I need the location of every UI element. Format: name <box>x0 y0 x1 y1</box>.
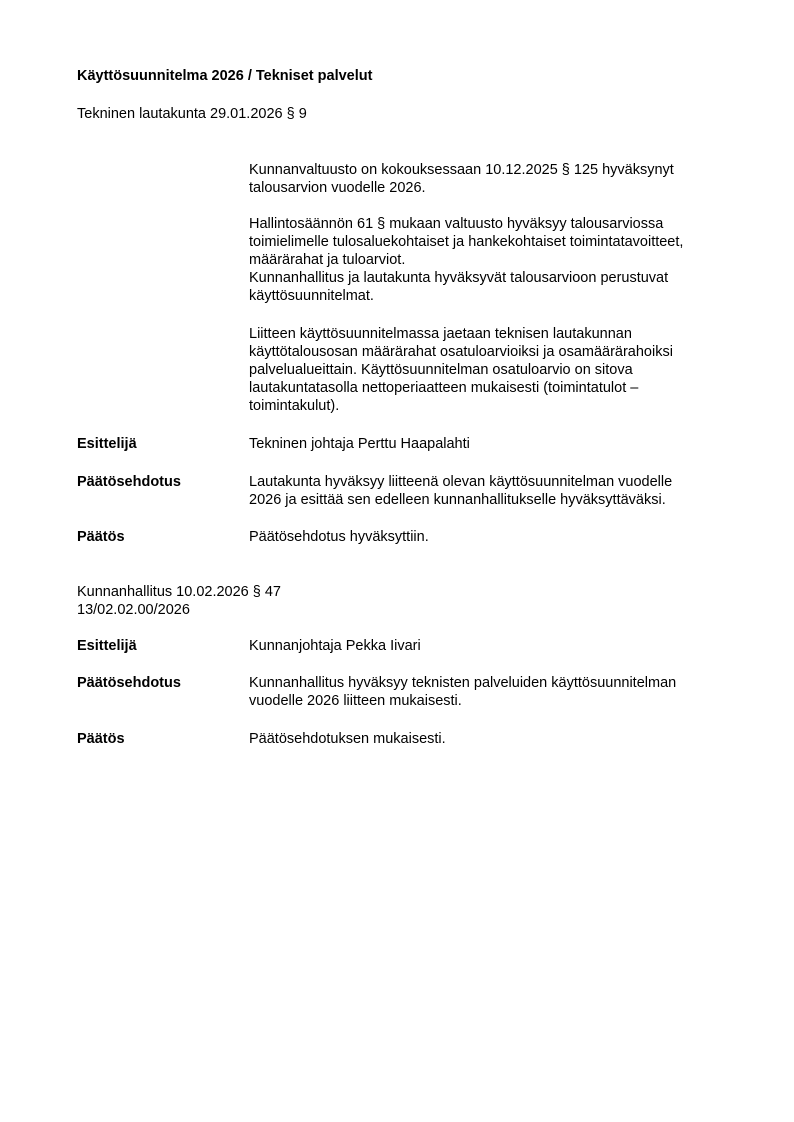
text-line: vuodelle 2026 liitteen mukaisesti. <box>249 692 719 710</box>
text-line: Kunnanhallitus ja lautakunta hyväksyvät … <box>249 269 719 287</box>
section1-paragraph3: Liitteen käyttösuunnitelmassa jaetaan te… <box>249 325 719 415</box>
section2-decision-label: Päätös <box>77 730 125 748</box>
section1-proposal-label: Päätösehdotus <box>77 473 181 491</box>
text-line: määrärahat ja tuloarviot. <box>249 251 719 269</box>
section2-reference: 13/02.02.00/2026 <box>77 601 190 619</box>
text-line: talousarvion vuodelle 2026. <box>249 179 719 197</box>
text-line: palvelualueittain. Käyttösuunnitelman os… <box>249 361 719 379</box>
text-line: 2026 ja esittää sen edelleen kunnanhalli… <box>249 491 719 509</box>
section1-decision-value: Päätösehdotus hyväksyttiin. <box>249 528 719 546</box>
section1-paragraph1: Kunnanvaltuusto on kokouksessaan 10.12.2… <box>249 161 719 197</box>
section1-paragraph2: Hallintosäännön 61 § mukaan valtuusto hy… <box>249 215 719 305</box>
text-line: Lautakunta hyväksyy liitteenä olevan käy… <box>249 473 719 491</box>
text-line: käyttötalousosan määrärahat osatuloarvio… <box>249 343 719 361</box>
text-line: Liitteen käyttösuunnitelmassa jaetaan te… <box>249 325 719 343</box>
section1-heading: Tekninen lautakunta 29.01.2026 § 9 <box>77 105 307 123</box>
text-line: lautakuntatasolla nettoperiaatteen mukai… <box>249 379 719 397</box>
section2-presenter-label: Esittelijä <box>77 637 137 655</box>
text-line: Kunnanvaltuusto on kokouksessaan 10.12.2… <box>249 161 719 179</box>
document-title: Käyttösuunnitelma 2026 / Tekniset palvel… <box>77 68 372 84</box>
text-line: käyttösuunnitelmat. <box>249 287 719 305</box>
section2-proposal-label: Päätösehdotus <box>77 674 181 692</box>
text-line: toimintakulut). <box>249 397 719 415</box>
section2-proposal-value: Kunnanhallitus hyväksyy teknisten palvel… <box>249 674 719 710</box>
section1-decision-label: Päätös <box>77 528 125 546</box>
section2-decision-value: Päätösehdotuksen mukaisesti. <box>249 730 719 748</box>
section2-presenter-value: Kunnanjohtaja Pekka Iivari <box>249 637 719 655</box>
text-line: Hallintosäännön 61 § mukaan valtuusto hy… <box>249 215 719 233</box>
section1-proposal-value: Lautakunta hyväksyy liitteenä olevan käy… <box>249 473 719 509</box>
section2-heading: Kunnanhallitus 10.02.2026 § 47 <box>77 583 281 601</box>
section1-presenter-label: Esittelijä <box>77 435 137 453</box>
text-line: Kunnanhallitus hyväksyy teknisten palvel… <box>249 674 719 692</box>
section1-presenter-value: Tekninen johtaja Perttu Haapalahti <box>249 435 719 453</box>
text-line: toimielimelle tulosaluekohtaiset ja hank… <box>249 233 719 251</box>
